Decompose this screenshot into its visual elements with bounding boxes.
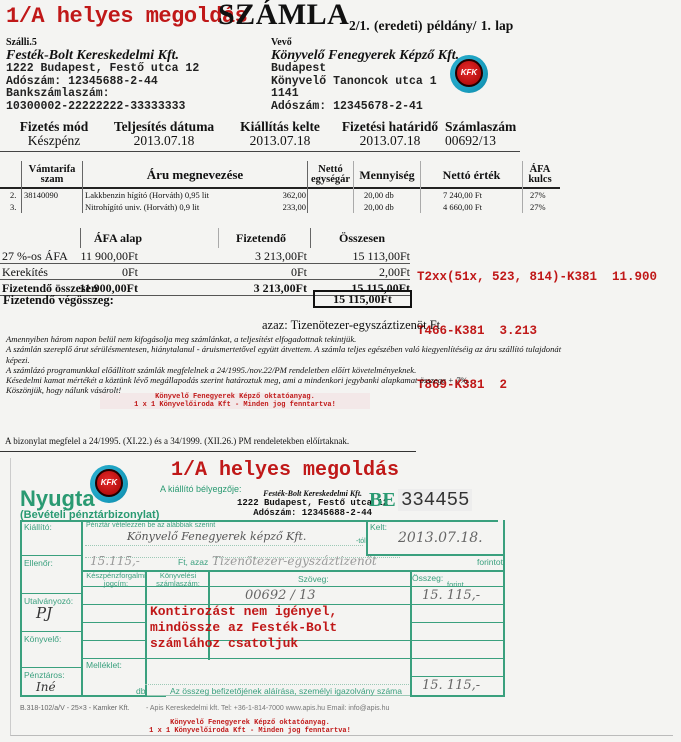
cash-title-label: Készpénzforgalmi jogcím:: [86, 572, 146, 588]
amount-words-label: Ft, azaz: [178, 557, 208, 567]
payment-method-value: Készpénz: [14, 134, 94, 148]
text-label: Szöveg:: [298, 574, 329, 584]
payer-name: Könyvelő Fenegyerek képző Kft.: [127, 530, 306, 543]
invoice-number: Számlaszám 00692/13: [445, 120, 525, 148]
buyer-role: Vevő: [271, 37, 459, 48]
terms-line: A számlázó programunkkal előállított szá…: [6, 365, 586, 375]
kfk-logo: KFK: [90, 465, 128, 503]
authorizer-signature: PJ: [36, 604, 52, 622]
copyright-notice: Könyvelő Fenegyerek Képző oktatóanyag. 1…: [100, 393, 370, 409]
amount-in-words: azaz: Tizenötezer-egyszáztizenöt Ft: [262, 318, 440, 333]
supplier-role: Szálli.5: [6, 37, 199, 48]
due-date-label: Fizetési határidő: [330, 120, 450, 134]
solution-stamp: 1/A helyes megoldás: [171, 459, 399, 482]
col-net-value: Nettó érték: [421, 161, 522, 189]
col-item-name: Áru megnevezése: [83, 161, 307, 189]
due-date-value: 2013.07.18: [330, 134, 450, 148]
vat-row-27: 27 %-os ÁFA 11 900,00Ft 3 213,00Ft 15 11…: [0, 248, 410, 264]
solution-stamp: 1/A helyes megoldás: [6, 4, 247, 29]
supplier-block: Szálli.5 Festék-Bolt Kereskedelmi Kft. 1…: [6, 37, 199, 113]
pieces-label: db: [136, 686, 145, 696]
issue-date-value: 2013.07.18: [230, 134, 330, 148]
col-quantity: Mennyiség: [354, 161, 420, 189]
signature-label: Az összeg befizetőjének aláírása, személ…: [170, 686, 402, 696]
accountant-label: Könyvelő:: [24, 634, 61, 644]
table-row: 3. Nitrohígító univ. (Horváth) 0,9 lit 2…: [0, 201, 560, 213]
payment-info-row: Fizetés mód Készpénz Teljesítés dátuma 2…: [0, 120, 520, 152]
amount-words-handwritten: Tizenötezer-egyszáztizenöt: [212, 554, 377, 568]
buyer-zip: 1141: [271, 88, 459, 101]
text-entry: 00692 / 13: [245, 588, 316, 603]
document-title: SZÁMLA: [218, 0, 349, 32]
serial-number: 334455: [398, 489, 472, 511]
payment-method: Fizetés mód Készpénz: [14, 120, 94, 148]
issuer-stamp-label: A kiállító bélyegzője:: [160, 484, 242, 494]
date-label: Kelt:: [370, 522, 387, 532]
payment-method-label: Fizetés mód: [14, 120, 94, 134]
posting-note: Kontirozást nem igényel, mindössze az Fe…: [150, 604, 337, 652]
fulfillment-date-value: 2013.07.18: [104, 134, 224, 148]
kfk-logo-text: KFK: [95, 469, 123, 497]
attachment-label: Melléklet:: [86, 660, 122, 670]
vat-row-rounding: Kerekítés 0Ft 0Ft 2,00Ft: [0, 264, 410, 280]
items-table: Vámtarifa szam Áru megnevezése Nettó egy…: [0, 161, 560, 213]
payer-label: Pénztár vételezzen be az alábbiak szerin…: [86, 522, 215, 529]
col-unit-price: Nettó egységár: [308, 161, 353, 189]
issue-date-label: Kiállítás kelte: [230, 120, 330, 134]
invoice-terms: Amennyiben három napon belül nem kifogás…: [6, 334, 586, 396]
regulation-note: A bizonylat megfelel a 24/1995. (XI.22.)…: [5, 436, 349, 446]
kfk-logo-text: KFK: [455, 59, 483, 87]
supplier-bank-label: Bankszámlaszám:: [6, 88, 199, 101]
items-header: Vámtarifa szam Áru megnevezése Nettó egy…: [0, 161, 560, 189]
table-row: 2. 38140090 Lakkbenzin hígító (Horváth) …: [0, 189, 560, 201]
fulfillment-date: Teljesítés dátuma 2013.07.18: [104, 120, 224, 148]
supplier-name: Festék-Bolt Kereskedelmi Kft.: [6, 48, 199, 63]
issue-date: Kiállítás kelte 2013.07.18: [230, 120, 330, 148]
buyer-name: Könyvelő Fenegyerek Képző Kft.: [271, 48, 459, 63]
divider: [0, 451, 416, 452]
supplier-bank-account: 10300002-22222222-33333333: [6, 101, 199, 114]
buyer-tax-id: Adószám: 12345678-2-41: [271, 101, 459, 114]
serial-prefix: BE: [369, 489, 396, 512]
invoice-number-label: Számlaszám: [445, 120, 525, 134]
copyright-notice: Könyvelő Fenegyerek Képző oktatóanyag. 1…: [145, 719, 355, 735]
issuer-stamp: Festék-Bolt Kereskedelmi Kft. 1222 Budap…: [237, 489, 388, 518]
receipt-date: 2013.07.18.: [398, 530, 483, 546]
amount-figure: 15.115,-: [90, 554, 140, 568]
form-publisher: - Apis Kereskedelmi kft. Tel: +36-1-814-…: [146, 705, 389, 712]
controller-label: Ellenőr:: [24, 558, 53, 568]
form-code: B.318-102/a/V - 25×3 - Kamker Kft.: [20, 705, 130, 712]
cashier-label: Pénztáros:: [24, 670, 65, 680]
final-amount-label: Fizetendő végösszeg:: [3, 293, 114, 308]
from-label: -tól: [356, 538, 366, 545]
issuer-label: Kiállító:: [24, 522, 52, 532]
col-vat-rate: ÁFA kulcs: [523, 161, 557, 189]
invoice-number-value: 00692/13: [445, 134, 525, 148]
receipt-title: Nyugta: [20, 488, 95, 510]
accounting-entry: T2xx(51x, 523, 814)-K381 11.900: [417, 268, 657, 286]
vat-header-row: ÁFA alap Fizetendő Összesen: [0, 228, 410, 248]
cashier-signature: Iné: [36, 680, 56, 694]
final-amount-box: 15 115,00Ft: [313, 290, 412, 308]
col-tariff: Vámtarifa szam: [22, 161, 82, 189]
terms-line: Késedelmi kamat mértékét a köztünk lévő …: [6, 375, 586, 385]
amount-entry: 15. 115,-: [422, 588, 480, 603]
buyer-street: Könyvelő Tanoncok utca 1: [271, 76, 459, 89]
amount-total: 15. 115,-: [422, 678, 480, 693]
buyer-city: Budapest: [271, 63, 459, 76]
account-number-label: Könyvelési számlaszám:: [148, 572, 208, 588]
vat-summary-table: ÁFA alap Fizetendő Összesen 27 %-os ÁFA …: [0, 228, 410, 296]
amount-label: Összeg:: [412, 573, 443, 583]
terms-line: Amennyiben három napon belül nem kifogás…: [6, 334, 586, 344]
kfk-logo: KFK: [450, 55, 488, 93]
fulfillment-date-label: Teljesítés dátuma: [104, 120, 224, 134]
copy-info: 2/1. (eredeti) példány/ 1. lap: [349, 18, 513, 34]
supplier-address: 1222 Budapest, Festő utca 12: [6, 63, 199, 76]
forint-from-label: forintot: [477, 557, 503, 567]
buyer-block: Vevő Könyvelő Fenegyerek Képző Kft. Buda…: [271, 37, 459, 113]
due-date: Fizetési határidő 2013.07.18: [330, 120, 450, 148]
terms-line: A számlán szereplő árut sérülésmentesen,…: [6, 344, 586, 365]
